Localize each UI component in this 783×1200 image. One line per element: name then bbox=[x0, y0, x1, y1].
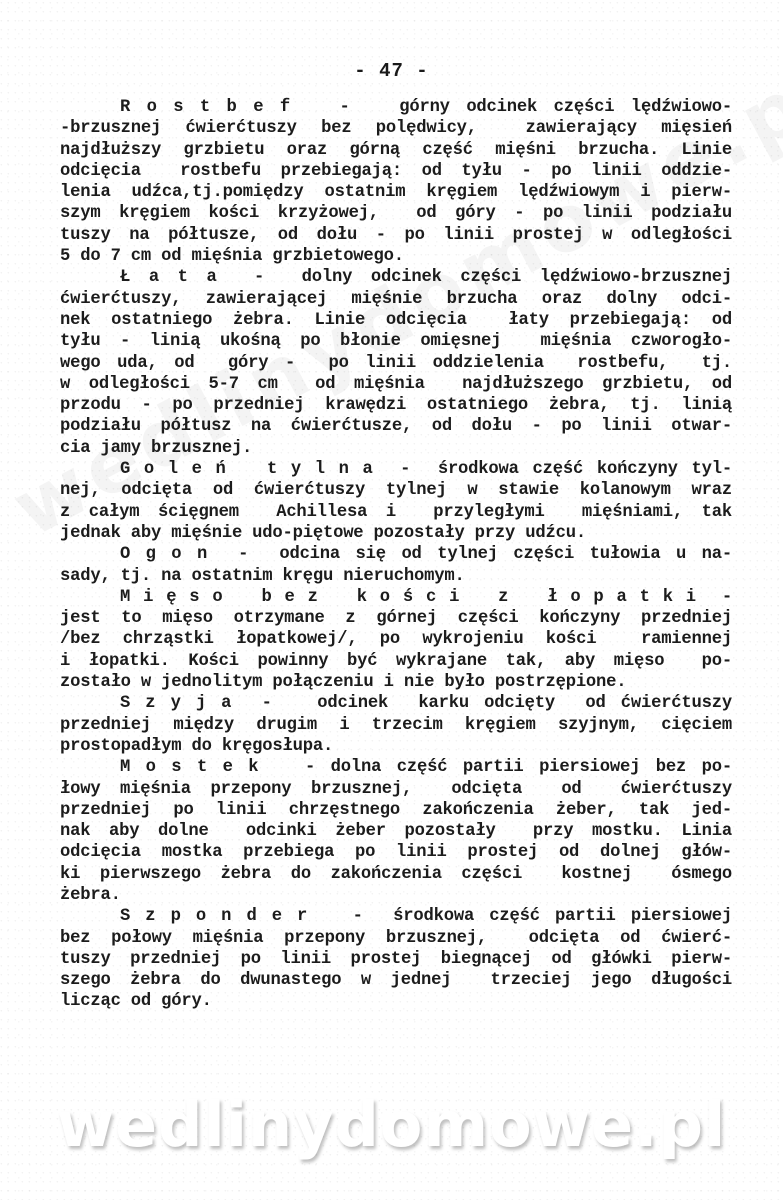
text-line: /bez chrząstki łopatkowej/, po wykrojeni… bbox=[60, 629, 732, 650]
text-line: szego żebra do dwunastego w jednej trzec… bbox=[60, 970, 732, 991]
text-line: nej, odcięta od ćwierćtuszy tylnej w sta… bbox=[60, 480, 732, 501]
text-line: sady, tj. na ostatnim kręgu nieruchomym. bbox=[60, 566, 732, 587]
text-line: ki pierwszego żebra do zakończenia częśc… bbox=[60, 864, 732, 885]
text-line: ćwierćtuszy, zawierającej mięśnie brzuch… bbox=[60, 289, 732, 310]
paragraph-first-line: S z p o n d e r - środkowa część partii … bbox=[60, 906, 732, 927]
paragraph-first-line: M i ę s o b e z k o ś c i z ł o p a t k … bbox=[60, 587, 732, 608]
text-line: lenia udźca,tj.pomiędzy ostatnim kręgiem… bbox=[60, 182, 732, 203]
text-line: szym kręgiem kości krzyżowej, od góry - … bbox=[60, 203, 732, 224]
paragraph-first-line: M o s t e k - dolna część partii piersio… bbox=[60, 757, 732, 778]
paragraph-first-line: Ł a t a - dolny odcinek części lędźwiowo… bbox=[60, 267, 732, 288]
text-line: cia jamy brzusznej. bbox=[60, 438, 732, 459]
paragraph-first-line: O g o n - odcina się od tylnej części tu… bbox=[60, 544, 732, 565]
text-line: zostało w jednolitym połączeniu i nie by… bbox=[60, 672, 732, 693]
text-line: najdłuższy grzbietu oraz górną część mię… bbox=[60, 140, 732, 161]
text-line: wego uda, od góry - po linii oddzielenia… bbox=[60, 353, 732, 374]
paragraph-first-line: R o s t b e f - górny odcinek części lęd… bbox=[60, 97, 732, 118]
page-number: - 47 - bbox=[0, 60, 783, 82]
text-line: podziału półtusz na ćwierćtusze, od dołu… bbox=[60, 416, 732, 437]
text-line: jednak aby mięśnie udo-piętowe pozostały… bbox=[60, 523, 732, 544]
text-line: żebra. bbox=[60, 885, 732, 906]
text-line: przedniej po linii chrzęstnego zakończen… bbox=[60, 800, 732, 821]
text-line: i łopatki. Kości powinny być wykrajane t… bbox=[60, 651, 732, 672]
text-line: w odległości 5-7 cm od mięśnia najdłuższ… bbox=[60, 374, 732, 395]
text-line: odcięcia rostbefu przebiegają: od tyłu -… bbox=[60, 161, 732, 182]
text-line: przedniej między drugim i trzecim kręgie… bbox=[60, 715, 732, 736]
text-line: 5 do 7 cm od mięśnia grzbietowego. bbox=[60, 246, 732, 267]
text-line: przodu - po przedniej krawędzi ostatnieg… bbox=[60, 395, 732, 416]
site-watermark: wedlinydomowe.pl bbox=[0, 1088, 783, 1161]
text-line: tuszy przedniej po linii prostej biegnąc… bbox=[60, 949, 732, 970]
paragraph-first-line: S z y j a - odcinek karku odcięty od ćwi… bbox=[60, 693, 732, 714]
text-line: łowy mięśnia przepony brzusznej, odcięta… bbox=[60, 779, 732, 800]
text-line: -brzusznej ćwierćtuszy bez polędwicy, za… bbox=[60, 118, 732, 139]
text-line: prostopadłym do kręgosłupa. bbox=[60, 736, 732, 757]
text-line: tuszy na półtusze, od dołu - po linii pr… bbox=[60, 225, 732, 246]
text-line: jest to mięso otrzymane z górnej części … bbox=[60, 608, 732, 629]
document-body: R o s t b e f - górny odcinek części lęd… bbox=[60, 97, 732, 1013]
text-line: odcięcia mostka przebiega po linii prost… bbox=[60, 842, 732, 863]
paragraph-first-line: G o l e ń t y l n a - środkowa część koń… bbox=[60, 459, 732, 480]
text-line: nek ostatniego żebra. Linie odcięcia łat… bbox=[60, 310, 732, 331]
text-line: tyłu - linią ukośną po błonie omięsnej m… bbox=[60, 331, 732, 352]
text-line: nak aby dolne odcinki żeber pozostały pr… bbox=[60, 821, 732, 842]
text-line: bez połowy mięśnia przepony brzusznej, o… bbox=[60, 928, 732, 949]
text-line: licząc od góry. bbox=[60, 991, 732, 1012]
text-line: z całym ścięgnem Achillesa i przyległymi… bbox=[60, 502, 732, 523]
